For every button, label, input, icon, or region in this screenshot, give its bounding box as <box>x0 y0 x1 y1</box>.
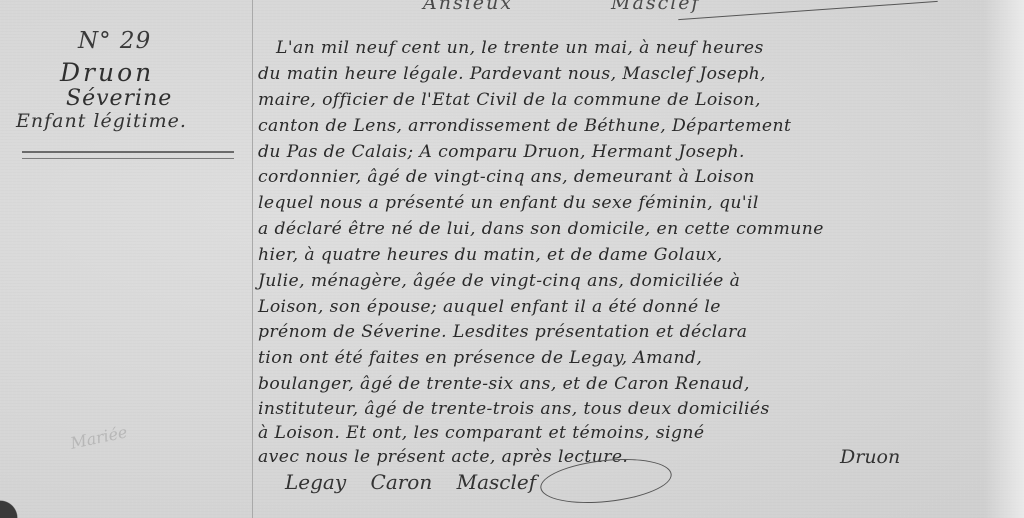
previous-entry-signatures: Ansieux Masclef <box>423 0 791 14</box>
record-line: tion ont été faites en présence de Legay… <box>258 348 702 368</box>
record-line: Loison, son épouse; auquel enfant il a é… <box>258 297 721 317</box>
record-line: a déclaré être né de lui, dans son domic… <box>258 219 824 239</box>
page-edge <box>984 0 1024 518</box>
header-fragment: Masclef <box>611 0 701 14</box>
record-line: à Loison. Et ont, les comparant et témoi… <box>258 423 704 443</box>
entry-status: Enfant légitime. <box>16 110 187 132</box>
record-body: Ansieux Masclef L'an mil neuf cent un, l… <box>258 0 1024 518</box>
mayor-signature: Masclef <box>457 470 537 494</box>
record-line: hier, à quatre heures du matin, et de da… <box>258 245 723 265</box>
entry-given-name: Séverine <box>66 86 172 111</box>
witness-signature: Caron <box>371 470 433 494</box>
faint-margin-annotation: Mariée <box>69 422 129 453</box>
record-line: Julie, ménagère, âgée de vingt-cinq ans,… <box>258 271 740 291</box>
declarant-signature: Druon <box>840 446 900 468</box>
scanned-register-page: N° 29 Druon Séverine Enfant légitime. Ma… <box>0 0 1024 518</box>
record-line: boulanger, âgé de trente-six ans, et de … <box>258 374 750 394</box>
entry-number: N° 29 <box>78 28 151 54</box>
entry-surname: Druon <box>60 58 154 87</box>
record-line: maire, officier de l'Etat Civil de la co… <box>258 90 761 110</box>
margin-double-rule <box>22 151 234 159</box>
signature-row: Legay Caron Masclef <box>285 470 554 494</box>
record-line: du Pas de Calais; A comparu Druon, Herma… <box>258 142 745 162</box>
record-line: prénom de Séverine. Lesdites présentatio… <box>258 322 747 342</box>
record-line: lequel nous a présenté un enfant du sexe… <box>258 193 759 213</box>
record-line: instituteur, âgé de trente-trois ans, to… <box>258 399 770 419</box>
record-line: L'an mil neuf cent un, le trente un mai,… <box>276 38 764 58</box>
record-line: du matin heure légale. Pardevant nous, M… <box>258 64 766 84</box>
header-fragment: Ansieux <box>423 0 513 14</box>
witness-signature: Legay <box>285 470 346 494</box>
margin-column: N° 29 Druon Séverine Enfant légitime. Ma… <box>0 0 252 518</box>
record-line: avec nous le présent acte, après lecture… <box>258 447 628 467</box>
record-line: cordonnier, âgé de vingt-cinq ans, demeu… <box>258 167 755 187</box>
record-line: canton de Lens, arrondissement de Béthun… <box>258 116 791 136</box>
margin-divider <box>252 0 253 518</box>
page-corner-shadow <box>0 488 30 518</box>
